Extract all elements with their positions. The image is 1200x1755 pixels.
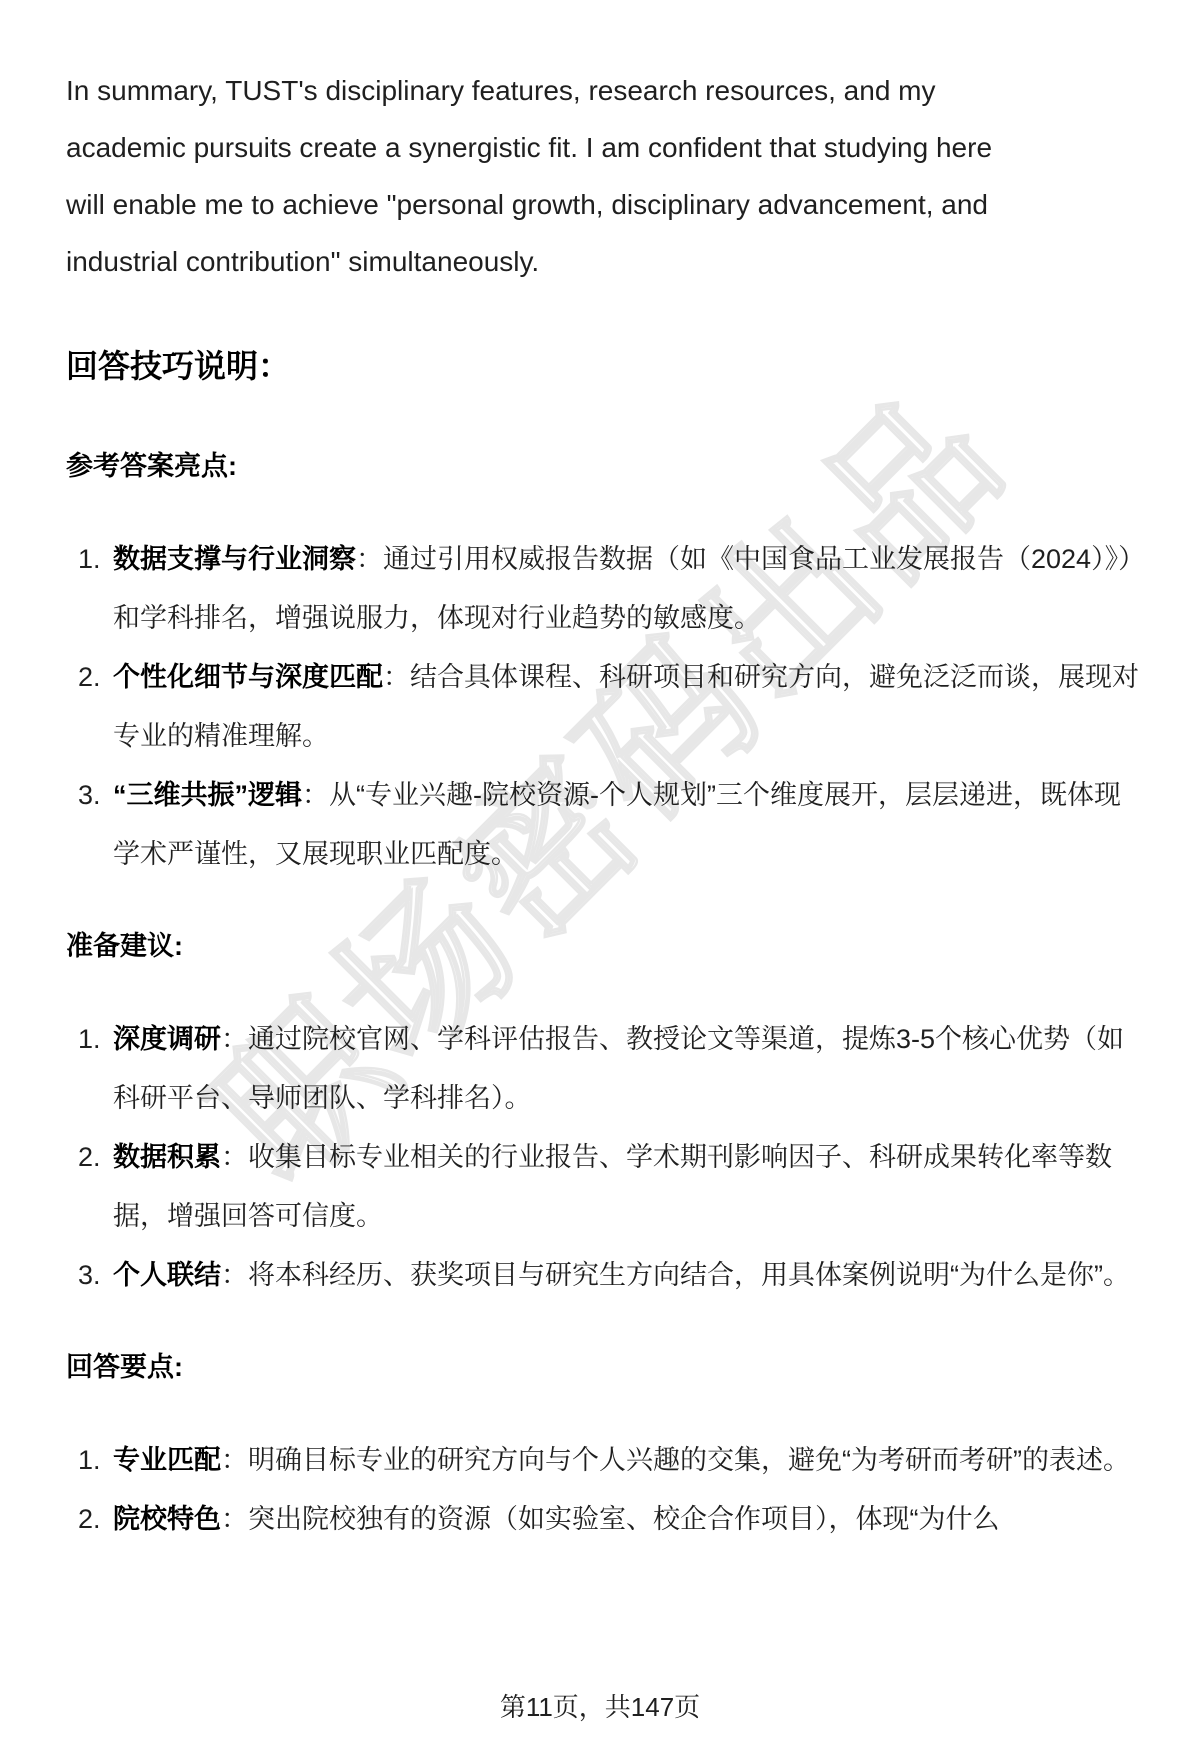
highlights-list: 1.数据支撑与行业洞察：通过引用权威报告数据（如《中国食品工业发展报告（2024… <box>66 530 1140 884</box>
list-item-text: ：通过院校官网、学科评估报告、教授论文等渠道，提炼3-5个核心优势（如科研平台、… <box>113 1024 1124 1113</box>
page-number-footer: 第11页，共147页 <box>0 1680 1200 1734</box>
list-item-text: ：收集目标专业相关的行业报告、学术期刊影响因子、科研成果转化率等数据，增强回答可… <box>113 1142 1112 1231</box>
list-item-text: ：突出院校独有的资源（如实验室、校企合作项目），体现“为什么 <box>221 1504 1000 1534</box>
key-points-list: 1.专业匹配：明确目标专业的研究方向与个人兴趣的交集，避免“为考研而考研”的表述… <box>66 1431 1140 1549</box>
list-item-number: 2. <box>78 1490 101 1549</box>
list-item: 1.深度调研：通过院校官网、学科评估报告、教授论文等渠道，提炼3-5个核心优势（… <box>113 1010 1140 1128</box>
list-item-number: 3. <box>78 766 101 825</box>
intro-line: In summary, TUST's disciplinary features… <box>66 62 1140 119</box>
list-item: 2.数据积累：收集目标专业相关的行业报告、学术期刊影响因子、科研成果转化率等数据… <box>113 1128 1140 1246</box>
list-item-number: 3. <box>78 1246 101 1305</box>
preparation-list: 1.深度调研：通过院校官网、学科评估报告、教授论文等渠道，提炼3-5个核心优势（… <box>66 1010 1140 1305</box>
list-item-term: 个性化细节与深度匹配 <box>113 662 383 692</box>
list-item-term: 深度调研 <box>113 1024 221 1054</box>
list-item-term: 数据支撑与行业洞察 <box>113 544 356 574</box>
list-item: 3.个人联结：将本科经历、获奖项目与研究生方向结合，用具体案例说明“为什么是你”… <box>113 1246 1140 1305</box>
list-item-number: 1. <box>78 1010 101 1069</box>
list-item: 3.“三维共振”逻辑：从“专业兴趣-院校资源-个人规划”三个维度展开，层层递进，… <box>113 766 1140 884</box>
list-item-text: ：明确目标专业的研究方向与个人兴趣的交集，避免“为考研而考研”的表述。 <box>221 1445 1130 1475</box>
document-page: 职场密码出品 In summary, TUST's disciplinary f… <box>0 0 1200 1755</box>
list-item-term: 个人联结 <box>113 1260 221 1290</box>
list-item-text: ：将本科经历、获奖项目与研究生方向结合，用具体案例说明“为什么是你”。 <box>221 1260 1130 1290</box>
list-item: 1.数据支撑与行业洞察：通过引用权威报告数据（如《中国食品工业发展报告（2024… <box>113 530 1140 648</box>
list-item-number: 2. <box>78 1128 101 1187</box>
list-item-term: “三维共振”逻辑 <box>113 780 302 810</box>
intro-line: industrial contribution" simultaneously. <box>66 233 1140 290</box>
section-title-preparation: 准备建议: <box>66 926 1140 966</box>
list-item-number: 1. <box>78 1431 101 1490</box>
intro-paragraph: In summary, TUST's disciplinary features… <box>66 62 1140 290</box>
list-item: 2.院校特色：突出院校独有的资源（如实验室、校企合作项目），体现“为什么 <box>113 1490 1140 1549</box>
section-title-highlights: 参考答案亮点: <box>66 446 1140 486</box>
section-title-key-points: 回答要点: <box>66 1347 1140 1387</box>
list-item-number: 1. <box>78 530 101 589</box>
page-content: In summary, TUST's disciplinary features… <box>0 0 1200 1549</box>
list-item-term: 数据积累 <box>113 1142 221 1172</box>
list-item-number: 2. <box>78 648 101 707</box>
list-item: 2.个性化细节与深度匹配：结合具体课程、科研项目和研究方向，避免泛泛而谈，展现对… <box>113 648 1140 766</box>
list-item-term: 院校特色 <box>113 1504 221 1534</box>
intro-line: will enable me to achieve "personal grow… <box>66 176 1140 233</box>
list-item: 1.专业匹配：明确目标专业的研究方向与个人兴趣的交集，避免“为考研而考研”的表述… <box>113 1431 1140 1490</box>
list-item-term: 专业匹配 <box>113 1445 221 1475</box>
main-heading: 回答技巧说明： <box>66 344 1140 388</box>
intro-line: academic pursuits create a synergistic f… <box>66 119 1140 176</box>
